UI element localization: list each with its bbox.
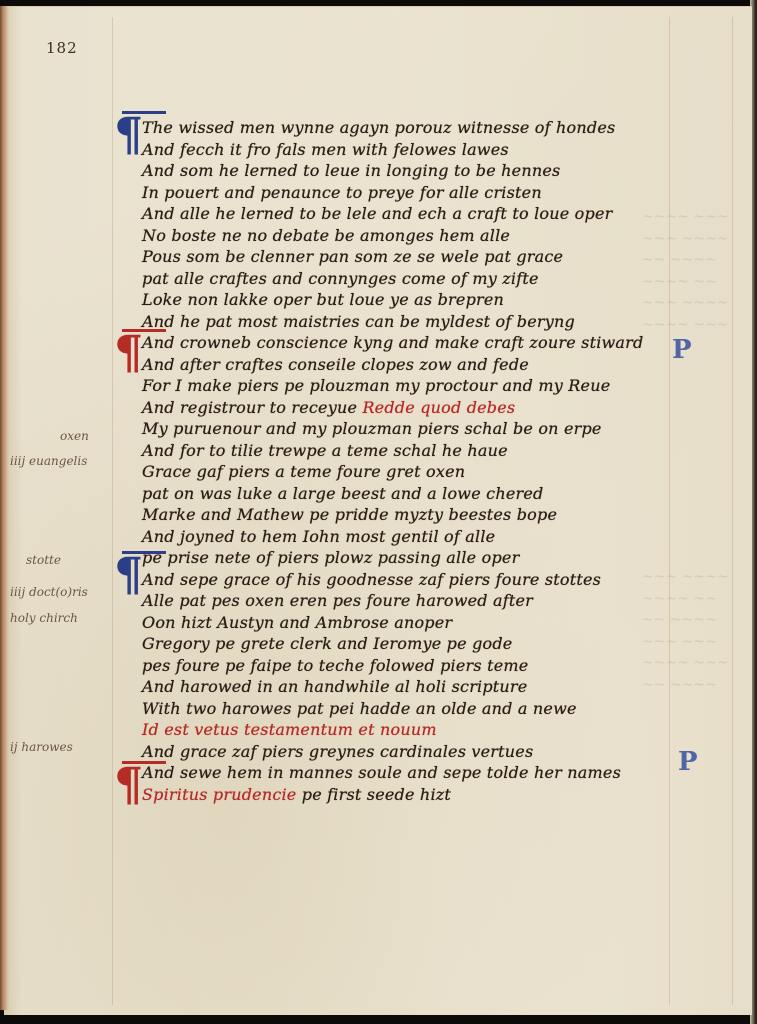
latin-rubric-line: Id est vetus testamentum et nouum <box>142 719 742 741</box>
rubric-text: Id est vetus testamentum et nouum <box>142 720 437 739</box>
verse-line: And after craftes conseile clopes zow an… <box>142 354 742 376</box>
rubric-text: Spiritus prudencie <box>142 785 296 804</box>
verse-line: pat alle craftes and connynges come of m… <box>142 268 742 290</box>
verse-line: And sepe grace of his goodnesse zaf pier… <box>142 569 742 591</box>
verse-line: And sewe hem in mannes soule and sepe to… <box>142 762 742 784</box>
verse-line: pes foure pe faipe to teche folowed pier… <box>142 655 742 677</box>
verse-line: For I make piers pe plouzman my proctour… <box>142 375 742 397</box>
margin-note-holy-church: holy chirch <box>10 611 78 625</box>
verse-line: And crowneb conscience kyng and make cra… <box>142 332 742 354</box>
red-paraph-initial: ¶ <box>114 329 143 375</box>
margin-note-stotte: stotte <box>26 553 61 567</box>
verse-line: And grace zaf piers greynes cardinales v… <box>142 741 742 763</box>
verse-line: Pous som be clenner pan som ze se wele p… <box>142 246 742 268</box>
book-edge-left <box>0 6 9 1010</box>
margin-note-doctors: iiij doct(o)ris <box>10 585 88 599</box>
verse-line: And alle he lerned to be lele and ech a … <box>142 203 742 225</box>
verse-line-with-rubric: Spiritus prudencie pe first seede hizt <box>142 784 742 806</box>
verse-line: And he pat most maistries can be myldest… <box>142 311 742 333</box>
verse-line: Loke non lakke oper but loue ye as brepr… <box>142 289 742 311</box>
verse-line: Grace gaf piers a teme foure gret oxen <box>142 461 742 483</box>
verse-line: My puruenour and my plouzman piers schal… <box>142 418 742 440</box>
verse-line: Oon hizt Austyn and Ambrose anoper <box>142 612 742 634</box>
verse-line: With two harowes pat pei hadde an olde a… <box>142 698 742 720</box>
verse-line: Alle pat pes oxen eren pes foure harowed… <box>142 590 742 612</box>
margin-note-oxen: oxen <box>60 429 89 443</box>
verse-line: In pouert and penaunce to preye for alle… <box>142 182 742 204</box>
blue-paraph-initial: ¶ <box>114 551 143 597</box>
ruling-line-left <box>112 17 113 1005</box>
red-paraph-initial: ¶ <box>114 761 143 807</box>
verse-line: And joyned to hem Iohn most gentil of al… <box>142 526 742 548</box>
verse-line: And som he lerned to leue in longing to … <box>142 160 742 182</box>
verse-line: And harowed in an handwhile al holi scri… <box>142 676 742 698</box>
verse-text-block: The wissed men wynne agayn porouz witnes… <box>142 117 742 805</box>
verse-line: Marke and Mathew pe pridde myzty beestes… <box>142 504 742 526</box>
verse-line: No boste ne no debate be amonges hem all… <box>142 225 742 247</box>
verse-line: pat on was luke a large beest and a lowe… <box>142 483 742 505</box>
manuscript-page: 182 ~~~~ ~~~~~~ ~~~~~~ ~~~~~~~~ ~~~~~ ~~… <box>4 6 752 1015</box>
verse-line-with-rubric: And registrour to receyue Redde quod deb… <box>142 397 742 419</box>
verse-line: The wissed men wynne agayn porouz witnes… <box>142 117 742 139</box>
margin-note-evangelists: iiij euangelis <box>10 454 87 468</box>
verse-line: And for to tilie trewpe a teme schal he … <box>142 440 742 462</box>
folio-number: 182 <box>46 39 78 57</box>
blue-paraph-initial: ¶ <box>114 111 143 157</box>
verse-line: And fecch it fro fals men with felowes l… <box>142 139 742 161</box>
margin-note-harrows: ij harowes <box>10 740 73 754</box>
rubric-text: Redde quod debes <box>362 398 515 417</box>
verse-line: Gregory pe grete clerk and Ieromye pe go… <box>142 633 742 655</box>
verse-line: pe prise nete of piers plowz passing all… <box>142 547 742 569</box>
